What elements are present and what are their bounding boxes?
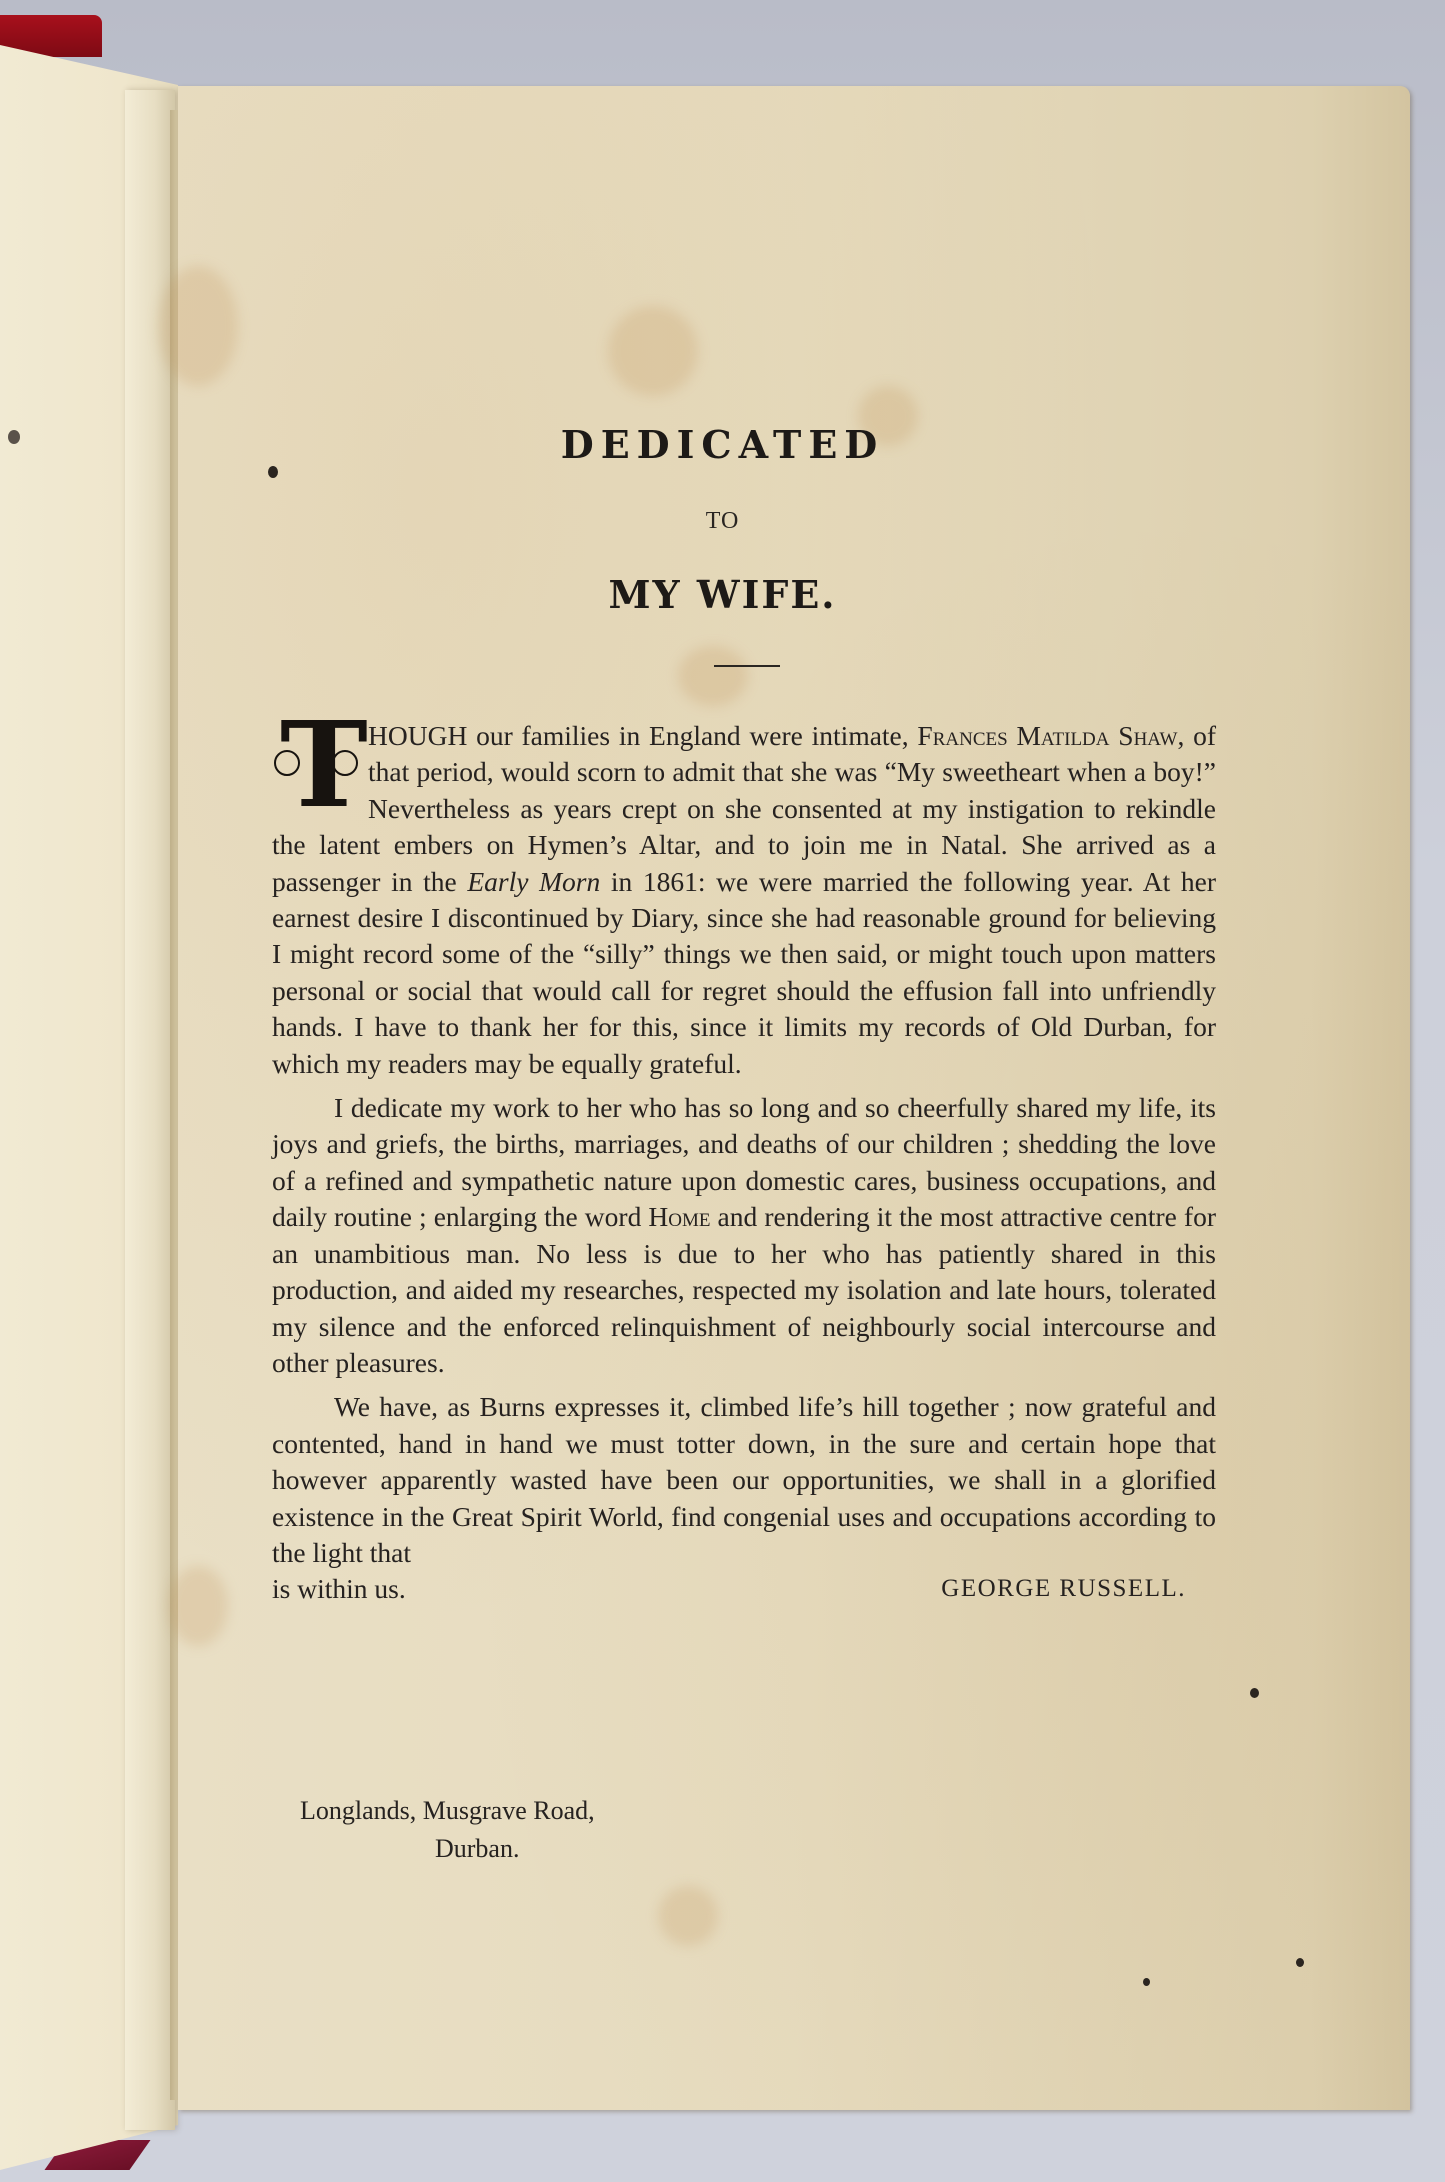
text-segment: HOUGH our families in England were intim… xyxy=(368,720,917,751)
text-segment: in 1861: we were married the following y… xyxy=(272,866,1216,1079)
heading-my-wife: MY WIFE. xyxy=(0,572,1445,617)
author-signature: GEORGE RUSSELL. xyxy=(941,1571,1186,1607)
heading-dedicated: DEDICATED xyxy=(0,422,1445,467)
closing-line: is within us. GEORGE RUSSELL. xyxy=(272,1571,1216,1607)
heading-to: TO xyxy=(0,508,1445,535)
author-address: Longlands, Musgrave Road, Durban. xyxy=(300,1792,595,1868)
ink-dot-mark xyxy=(1250,1688,1259,1698)
foxing-spot xyxy=(678,646,748,706)
paragraph-2: I dedicate my work to her who has so lon… xyxy=(272,1090,1216,1381)
paragraph-3: We have, as Burns expresses it, climbed … xyxy=(272,1389,1216,1571)
address-line-2: Durban. xyxy=(300,1830,595,1868)
foxing-spot xyxy=(658,1886,718,1946)
ink-dot-mark xyxy=(1296,1958,1304,1967)
binding-hole-mark xyxy=(268,466,278,478)
dedication-body: T HOUGH our families in England were int… xyxy=(272,718,1216,1608)
paragraph-1: T HOUGH our families in England were int… xyxy=(272,718,1216,1082)
foxing-spot xyxy=(158,266,238,386)
ship-name-early-morn: Early Morn xyxy=(467,866,600,897)
closing-text: is within us. xyxy=(272,1571,406,1607)
word-home: Home xyxy=(648,1201,710,1232)
flyleaf-deckled-edge xyxy=(125,90,175,2130)
ink-dot-mark xyxy=(1143,1978,1150,1986)
text-segment: We have, as Burns expresses it, climbed … xyxy=(272,1391,1216,1568)
section-rule xyxy=(714,665,780,667)
foxing-spot xyxy=(168,1566,228,1646)
address-line-1: Longlands, Musgrave Road, xyxy=(300,1792,595,1830)
foxing-spot xyxy=(608,306,698,396)
ornamental-drop-cap: T xyxy=(272,720,358,820)
name-frances-matilda-shaw: Frances Matilda Shaw xyxy=(917,720,1177,751)
